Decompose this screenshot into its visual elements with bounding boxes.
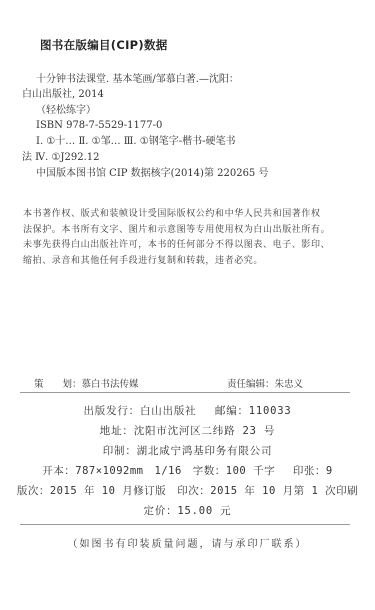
cip-series-line: （轻松练字） — [36, 103, 96, 119]
price-info: 定价：15.00 元 — [0, 503, 375, 518]
planner-credit: 策 划：慕白书法传媒 — [34, 376, 139, 390]
copyright-line: 未事先获得白山出版社许可，本书的任何部分不得以图表、电子、影印、 — [23, 238, 353, 254]
printer-info: 印制：湖北咸宁鸿基印务有限公司 — [0, 443, 375, 458]
copyright-line: 法保护。本书所有文字、图片和示意图等专用使用权为白山出版社所有。 — [23, 223, 353, 239]
cip-book-title-line: 十分钟书法课堂. 基本笔画/邹慕白著.—沈阳： — [36, 72, 239, 88]
format-info: 开本：787×1092mm 1/16 字数：100 千字 印张：9 — [0, 463, 375, 478]
publisher-info: 出版发行：白山出版社 邮编：110033 — [0, 403, 375, 418]
planner-name: 慕白书法传媒 — [82, 379, 139, 390]
divider-bottom — [20, 524, 350, 525]
cip-classification-line: 法 Ⅳ. ①J292.12 — [22, 150, 100, 166]
copyright-line: 本书著作权、版式和装帧设计受国际版权公约和中华人民共和国著作权 — [23, 207, 353, 223]
cip-publisher-line: 白山出版社, 2014 — [22, 87, 104, 103]
editor-label: 责任编辑： — [227, 379, 275, 390]
editor-credit: 责任编辑：朱忠义 — [227, 376, 303, 390]
editor-name: 朱忠义 — [275, 379, 304, 390]
copyright-notice: 本书著作权、版式和装帧设计受国际版权公约和中华人民共和国著作权 法保护。本书所有… — [23, 207, 353, 269]
planner-label: 策 划： — [34, 379, 82, 390]
cip-record-number-line: 中国版本图书馆 CIP 数据核字(2014)第 220265 号 — [36, 166, 268, 182]
divider-top — [20, 392, 350, 393]
cip-title: 图书在版编目(CIP)数据 — [40, 37, 168, 53]
cip-subject-line: Ⅰ. ①十… Ⅱ. ①邹… Ⅲ. ①钢笔字-楷书-硬笔书 — [36, 134, 235, 150]
edition-info: 版次：2015 年 10 月修订版 印次：2015 年 10 月第 1 次印刷 — [0, 483, 375, 498]
address-info: 地址：沈阳市沈河区二纬路 23 号 — [0, 423, 375, 438]
quality-contact-note: （如图书有印装质量问题，请与承印厂联系） — [0, 535, 375, 550]
cip-isbn-line: ISBN 978-7-5529-1177-0 — [36, 118, 162, 134]
copyright-line: 缩拍、录音和其他任何手段进行复制和转载，违者必究。 — [23, 254, 353, 270]
